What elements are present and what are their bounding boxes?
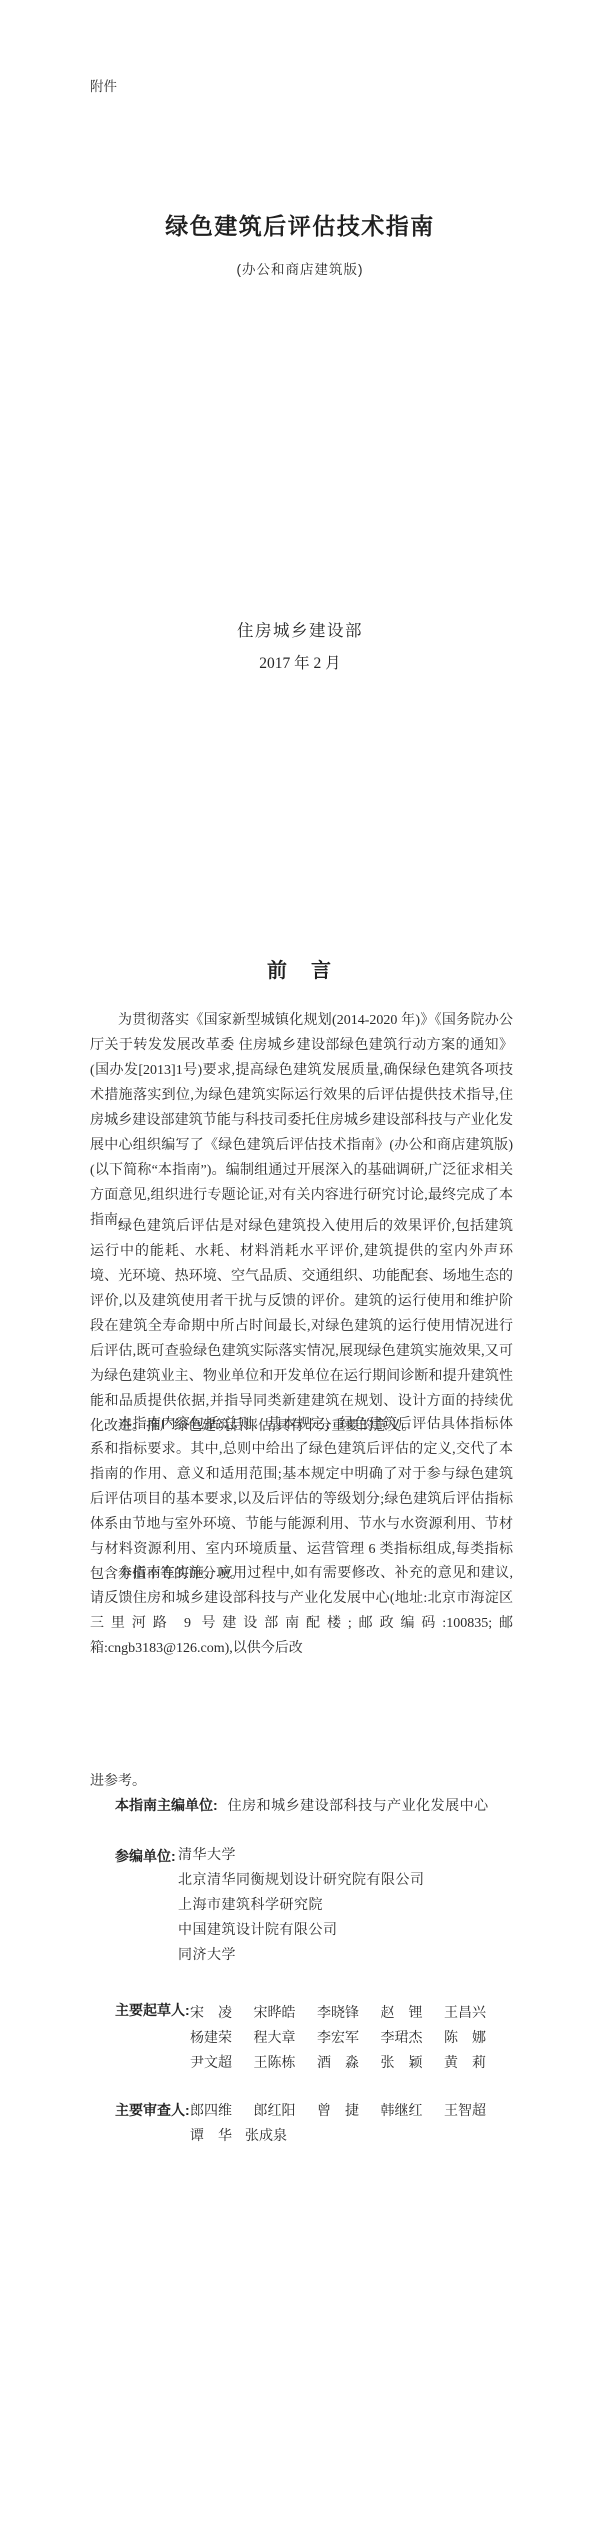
- preface-paragraph-2: 绿色建筑后评估是对绿色建筑投入使用后的效果评价,包括建筑运行中的能耗、水耗、材料…: [90, 1214, 513, 1439]
- drafter-name: 酒 淼: [317, 2052, 359, 2072]
- reviewer-name: 郎红阳: [254, 2100, 296, 2120]
- chief-editor-value: 住房和城乡建设部科技与产业化发展中心: [228, 1799, 489, 1814]
- publisher-name: 住房城乡建设部: [0, 617, 600, 641]
- reviewer-name: 谭 华: [190, 2125, 232, 2145]
- reviewers-label: 主要审查人:: [115, 2100, 190, 2120]
- drafter-name: 李珺杰: [381, 2027, 423, 2047]
- drafter-name: 黄 莉: [444, 2052, 486, 2072]
- reviewers-row-2: 谭 华 张成泉: [190, 2125, 486, 2145]
- preface-paragraph-1: 为贯彻落实《国家新型城镇化规划(2014-2020 年)》《国务院办公厅关于转发…: [90, 1008, 513, 1233]
- drafter-name: 李晓锋: [317, 2002, 359, 2022]
- drafter-name: 杨建荣: [190, 2027, 232, 2047]
- drafter-name: 宋晔皓: [254, 2002, 296, 2022]
- drafter-name: 程大章: [254, 2027, 296, 2047]
- preface-paragraph-4-continuation: 进参考。: [90, 1770, 146, 1790]
- preface-paragraph-4: 本指南在实施、应用过程中,如有需要修改、补充的意见和建议,请反馈住房和城乡建设部…: [90, 1561, 513, 1661]
- document-title: 绿色建筑后评估技术指南: [0, 208, 600, 241]
- reviewer-name: 韩继红: [381, 2100, 423, 2120]
- document-subtitle: (办公和商店建筑版): [0, 258, 600, 278]
- reviewer-name: 王智超: [444, 2100, 486, 2120]
- drafter-name: 赵 锂: [381, 2002, 423, 2022]
- reviewer-name: 曾 捷: [317, 2100, 359, 2120]
- drafter-name: 王陈栋: [254, 2052, 296, 2072]
- co-editor-org: 中国建筑设计院有限公司: [178, 1918, 425, 1943]
- publish-date: 2017 年 2 月: [0, 651, 600, 673]
- drafters-row-2: 杨建荣 程大章 李宏军 李珺杰 陈 娜: [190, 2027, 486, 2047]
- co-editor-org: 北京清华同衡规划设计研究院有限公司: [178, 1868, 425, 1893]
- co-editor-org: 清华大学: [178, 1843, 425, 1868]
- preface-heading: 前 言: [0, 954, 600, 983]
- co-editor-line: 参编单位:: [115, 1846, 176, 1866]
- reviewer-name: 张成泉: [245, 2125, 287, 2145]
- drafter-name: 尹文超: [190, 2052, 232, 2072]
- drafters-label: 主要起草人:: [115, 2000, 190, 2020]
- co-editor-org: 同济大学: [178, 1943, 425, 1968]
- drafter-name: 宋 凌: [190, 2002, 232, 2022]
- co-editor-org: 上海市建筑科学研究院: [178, 1893, 425, 1918]
- drafter-name: 李宏军: [317, 2027, 359, 2047]
- drafters-row-3: 尹文超 王陈栋 酒 淼 张 颖 黄 莉: [190, 2052, 486, 2072]
- reviewer-name: 郎四维: [190, 2100, 232, 2120]
- drafters-row-1: 宋 凌 宋晔皓 李晓锋 赵 锂 王昌兴: [190, 2002, 486, 2022]
- chief-editor-label: 本指南主编单位:: [115, 1797, 218, 1813]
- co-editor-org-list: 清华大学 北京清华同衡规划设计研究院有限公司 上海市建筑科学研究院 中国建筑设计…: [178, 1843, 425, 1968]
- co-editor-label: 参编单位:: [115, 1848, 176, 1864]
- drafter-name: 张 颖: [381, 2052, 423, 2072]
- drafter-name: 陈 娜: [444, 2027, 486, 2047]
- drafter-name: 王昌兴: [444, 2002, 486, 2022]
- chief-editor-line: 本指南主编单位:住房和城乡建设部科技与产业化发展中心: [115, 1795, 489, 1815]
- reviewers-row-1: 郎四维 郎红阳 曾 捷 韩继红 王智超: [190, 2100, 486, 2120]
- document-page: 附件 绿色建筑后评估技术指南 (办公和商店建筑版) 住房城乡建设部 2017 年…: [0, 0, 600, 2544]
- attachment-label: 附件: [90, 75, 117, 95]
